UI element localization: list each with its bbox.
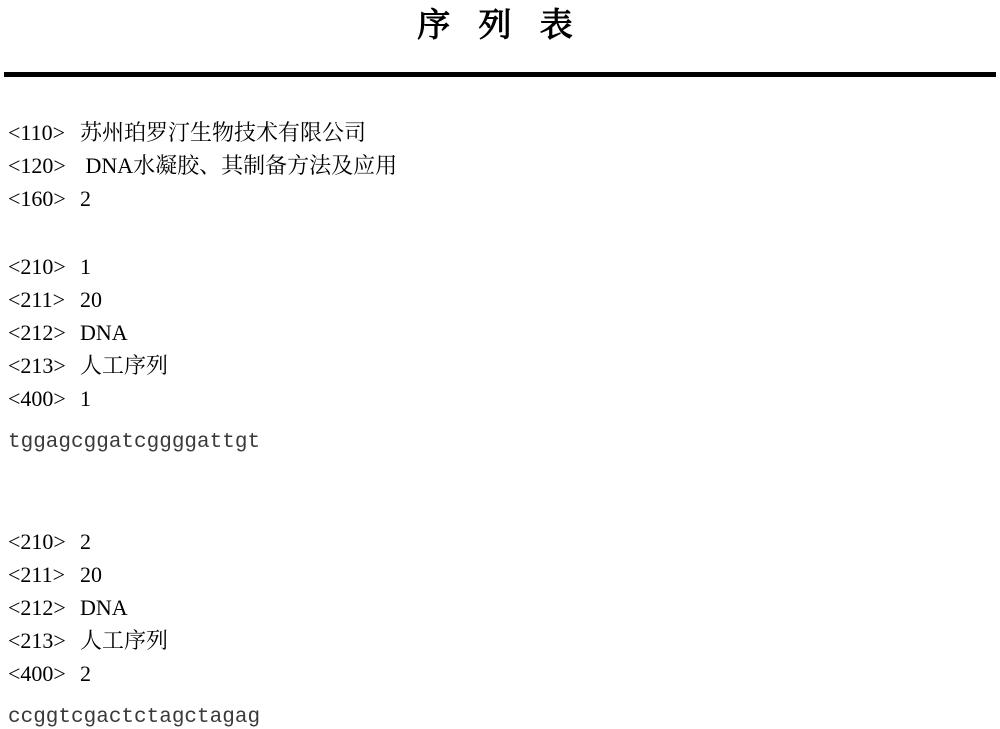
field-value: 2 [80,661,91,686]
field-tag: <110> [8,116,80,149]
field-value: DNA [80,320,128,345]
field-tag: <213> [8,349,80,382]
field-tag: <120> [8,149,80,182]
field-tag: <213> [8,624,80,657]
field-line-211: <211>20 [8,558,1000,591]
field-tag: <211> [8,283,80,316]
field-line-110: <110>苏州珀罗汀生物技术有限公司 [8,116,1000,149]
field-line-160: <160>2 [8,182,1000,215]
field-line-213: <213>人工序列 [8,349,1000,382]
field-value: 2 [80,529,91,554]
field-line-210: <210>1 [8,250,1000,283]
field-tag: <211> [8,558,80,591]
field-value: 1 [80,386,91,411]
field-value: 人工序列 [80,628,168,653]
header-fields-block: <110>苏州珀罗汀生物技术有限公司 <120> DNA水凝胶、其制备方法及应用… [8,116,1000,215]
sequence-2-fields-block: <210>2 <211>20 <212>DNA <213>人工序列 <400>2 [8,525,1000,690]
field-tag: <212> [8,591,80,624]
sequence-2-data: ccggtcgactctagctagag [8,706,1000,729]
field-line-213: <213>人工序列 [8,624,1000,657]
field-value: 人工序列 [80,353,168,378]
field-line-212: <212>DNA [8,316,1000,349]
field-line-211: <211>20 [8,283,1000,316]
document-body: <110>苏州珀罗汀生物技术有限公司 <120> DNA水凝胶、其制备方法及应用… [0,116,1000,729]
field-value: DNA水凝胶、其制备方法及应用 [80,153,397,178]
sequence-listing-page: 序 列 表 <110>苏州珀罗汀生物技术有限公司 <120> DNA水凝胶、其制… [0,0,1000,729]
field-value: DNA [80,595,128,620]
field-tag: <210> [8,250,80,283]
field-tag: <210> [8,525,80,558]
sequence-1-data: tggagcggatcggggattgt [8,431,1000,455]
title-divider-rule [4,72,996,77]
field-tag: <160> [8,182,80,215]
field-value: 苏州珀罗汀生物技术有限公司 [80,120,366,145]
field-line-400: <400>1 [8,382,1000,415]
field-value: 2 [80,186,91,211]
field-line-120: <120> DNA水凝胶、其制备方法及应用 [8,149,1000,182]
field-tag: <212> [8,316,80,349]
field-tag: <400> [8,382,80,415]
sequence-1-fields-block: <210>1 <211>20 <212>DNA <213>人工序列 <400>1 [8,250,1000,415]
field-tag: <400> [8,657,80,690]
field-value: 1 [80,254,91,279]
field-line-212: <212>DNA [8,591,1000,624]
field-line-400: <400>2 [8,657,1000,690]
field-line-210: <210>2 [8,525,1000,558]
page-title: 序 列 表 [0,0,1000,46]
field-value: 20 [80,562,102,587]
field-value: 20 [80,287,102,312]
